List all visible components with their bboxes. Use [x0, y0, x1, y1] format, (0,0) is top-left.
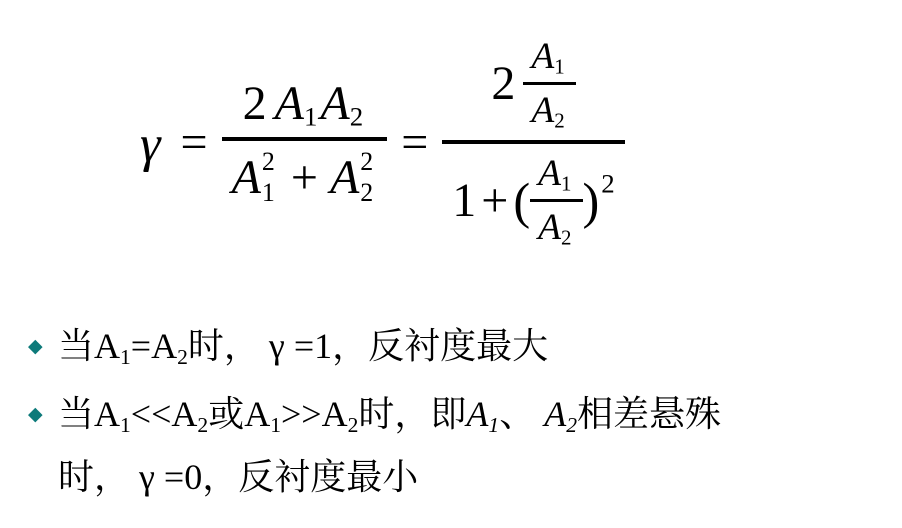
fraction-1: 2 A 1 A 2 A 2 1 + A 2 2 [222, 74, 388, 210]
ratio-numerator: A 1 [530, 150, 582, 197]
bullet-text: 当A1<<A2或A1>>A2时，即A1、 A2相差悬殊 时， γ =0，反衬度最… [58, 388, 888, 503]
text-segment: 时， γ =1，反衬度最大 [188, 326, 548, 366]
superscript-2: 2 [262, 147, 275, 178]
plus-sign: + [481, 173, 508, 228]
text-segment: 或A [208, 394, 270, 434]
supsub-stack: 2 2 [360, 147, 373, 208]
subscript-1: 1 [304, 101, 317, 132]
fraction-1-denominator: A 2 1 + A 2 2 [222, 145, 388, 210]
text-segment: 2 [348, 413, 359, 437]
fraction-bar [222, 137, 388, 141]
text-segment: 相差悬殊 [577, 394, 721, 434]
bullet-item: ◆ 当A1=A2时， γ =1，反衬度最大 [28, 320, 888, 383]
text-segment: A [544, 394, 566, 434]
subscript-2: 2 [360, 178, 373, 209]
formula: γ = 2 A 1 A 2 A 2 1 + A 2 2 [140, 4, 625, 280]
subscript-2: 2 [561, 225, 571, 250]
text-segment: 2 [566, 413, 577, 437]
superscript-2: 2 [360, 147, 373, 178]
text-segment: A [466, 394, 488, 434]
ratio-A1-A2: A 1 A 2 [523, 33, 575, 134]
text-segment: 1 [488, 413, 499, 437]
text-segment: 1 [120, 345, 131, 369]
slide-canvas: { "colors":{ "background":"#ffffff", "te… [0, 0, 902, 528]
variable-A: A [330, 150, 359, 205]
bullet-diamond-icon: ◆ [28, 320, 58, 372]
A2-squared: A 2 2 [330, 147, 377, 208]
coefficient-2: 2 [243, 76, 267, 131]
variable-A: A [275, 76, 304, 131]
ratio-numerator: A 1 [523, 33, 575, 80]
text-segment: 当A [58, 326, 120, 366]
supsub-stack: 2 1 [262, 147, 275, 208]
gamma-symbol: γ [140, 115, 161, 174]
variable-A: A [538, 152, 561, 195]
variable-A: A [531, 35, 554, 78]
subscript-2: 2 [350, 101, 363, 132]
subscript-2: 2 [554, 108, 564, 133]
text-segment: =A [131, 326, 177, 366]
left-paren: ( [513, 172, 530, 230]
fraction-2: 2 A 1 A 2 1 + ( A 1 [442, 31, 624, 253]
variable-A: A [232, 150, 261, 205]
text-segment: 时， γ =0，反衬度最小 [58, 457, 418, 497]
text-segment: <<A [131, 394, 198, 434]
bullet-item: ◆ 当A1<<A2或A1>>A2时，即A1、 A2相差悬殊 时， γ =0，反衬… [28, 388, 888, 503]
equals-sign: = [181, 115, 208, 170]
text-segment: 1 [270, 413, 281, 437]
fraction-bar [523, 82, 575, 85]
text-segment: 、 [499, 394, 544, 434]
text-segment: 时，即 [358, 394, 466, 434]
bullet-line: 时， γ =0，反衬度最小 [58, 451, 888, 503]
text-segment: 2 [197, 413, 208, 437]
A1-squared: A 2 1 [232, 147, 279, 208]
subscript-1: 1 [554, 54, 564, 79]
ratio-denominator: A 2 [523, 87, 575, 134]
number-1: 1 [452, 173, 476, 228]
fraction-2-numerator: 2 A 1 A 2 [481, 31, 585, 136]
bullet-diamond-icon: ◆ [28, 388, 58, 440]
variable-A: A [320, 76, 349, 131]
text-segment: 当A [58, 394, 120, 434]
text-segment: >>A [281, 394, 348, 434]
ratio-A1-A2: A 1 A 2 [530, 150, 582, 251]
variable-A: A [531, 89, 554, 132]
text-segment: 1 [120, 413, 131, 437]
ratio-denominator: A 2 [530, 204, 582, 251]
fraction-bar [530, 199, 582, 202]
fraction-bar [442, 140, 624, 144]
bullet-line: 当A1=A2时， γ =1，反衬度最大 [58, 320, 888, 383]
bullet-line: 当A1<<A2或A1>>A2时，即A1、 A2相差悬殊 [58, 388, 888, 451]
variable-A: A [538, 206, 561, 249]
coefficient-2: 2 [491, 56, 515, 111]
bullet-list: ◆ 当A1=A2时， γ =1，反衬度最大 ◆ 当A1<<A2或A1>>A2时，… [28, 320, 888, 503]
subscript-1: 1 [262, 178, 275, 209]
bullet-text: 当A1=A2时， γ =1，反衬度最大 [58, 320, 888, 383]
plus-sign: + [291, 150, 318, 205]
fraction-1-numerator: 2 A 1 A 2 [233, 74, 377, 133]
fraction-2-denominator: 1 + ( A 1 A 2 ) 2 [442, 148, 624, 253]
superscript-2: 2 [601, 168, 614, 199]
text-segment: 2 [177, 345, 188, 369]
right-paren: ) [583, 172, 600, 230]
equals-sign: = [401, 115, 428, 170]
subscript-1: 1 [561, 171, 571, 196]
